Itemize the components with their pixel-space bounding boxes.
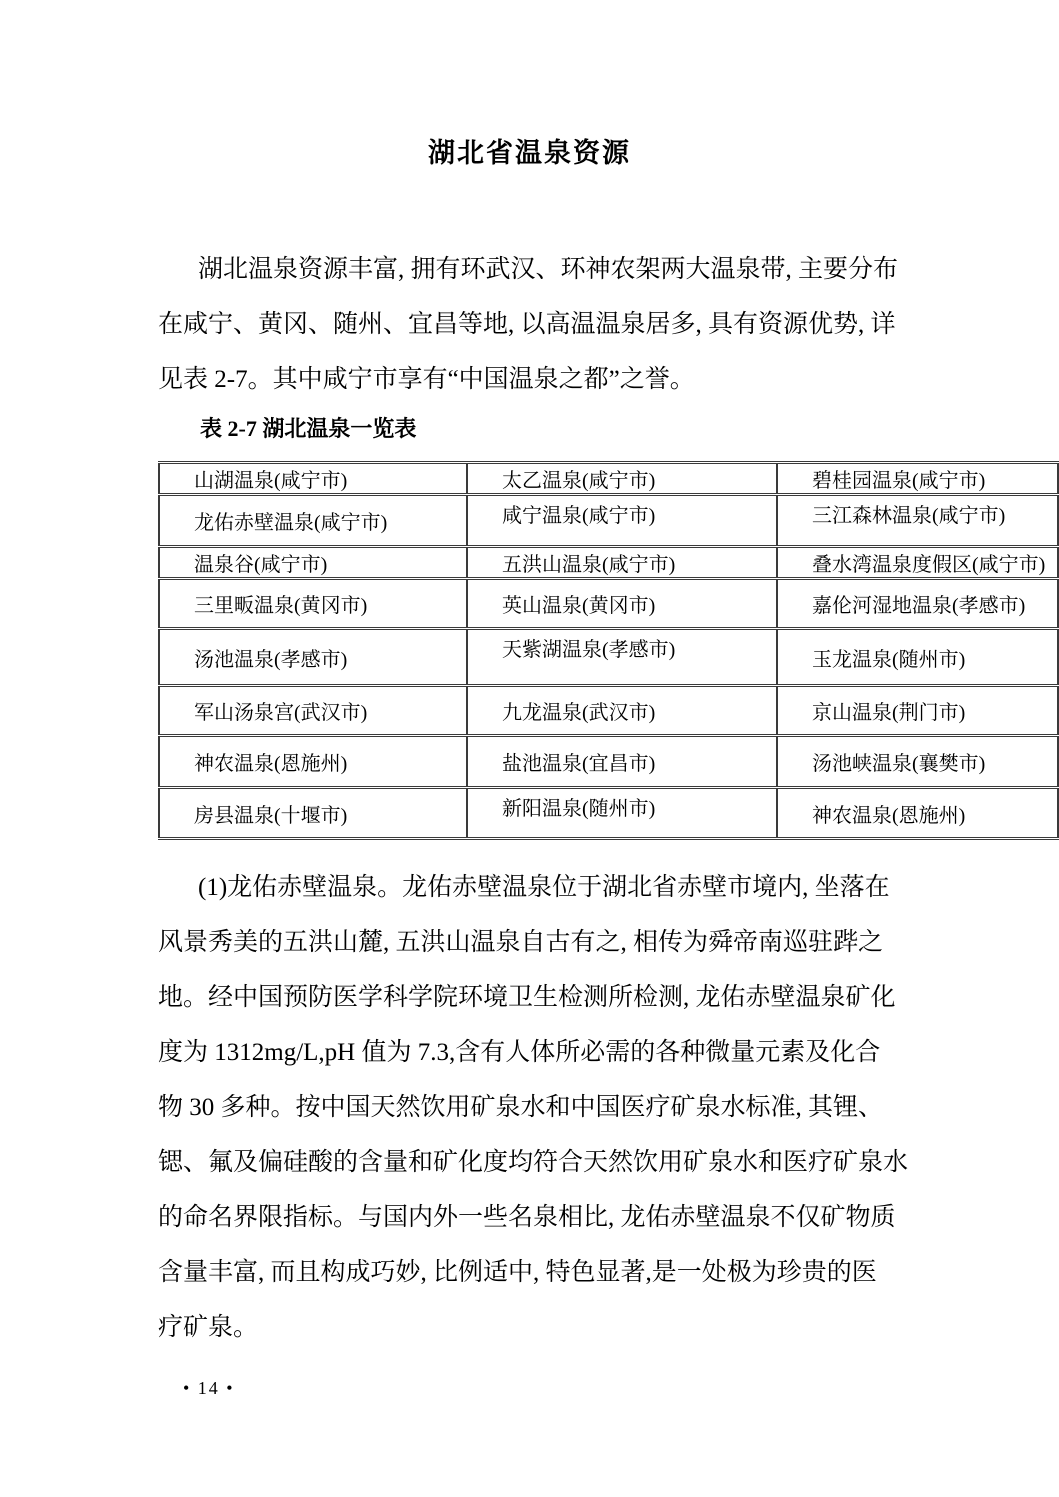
page-number: • 14 • (183, 1378, 235, 1399)
table-cell: 三里畈温泉(黄冈市) (159, 579, 467, 629)
table-row: 龙佑赤壁温泉(咸宁市) 咸宁温泉(咸宁市) 三江森林温泉(咸宁市) (159, 495, 1058, 547)
paragraph-line: 在咸宁、黄冈、随州、宜昌等地, 以高温温泉居多, 具有资源优势, 详 (158, 297, 938, 352)
page-title: 湖北省温泉资源 (0, 131, 1059, 170)
table-cell: 盐池温泉(宜昌市) (467, 736, 777, 788)
table-cell: 汤池温泉(孝感市) (159, 629, 467, 686)
paragraph-line: 含量丰富, 而且构成巧妙, 比例适中, 特色显著,是一处极为珍贵的医 (158, 1245, 938, 1300)
paragraph-line: 锶、氟及偏硅酸的含量和矿化度均符合天然饮用矿泉水和医疗矿泉水 (158, 1135, 938, 1190)
table-row: 温泉谷(咸宁市) 五洪山温泉(咸宁市) 叠水湾温泉度假区(咸宁市) (159, 547, 1058, 579)
paragraph-line: 的命名界限指标。与国内外一些名泉相比, 龙佑赤壁温泉不仅矿物质 (158, 1190, 938, 1245)
table-cell: 英山温泉(黄冈市) (467, 579, 777, 629)
table-cell: 咸宁温泉(咸宁市) (467, 495, 777, 547)
body-paragraph: (1)龙佑赤壁温泉。龙佑赤壁温泉位于湖北省赤壁市境内, 坐落在 风景秀美的五洪山… (158, 860, 938, 1355)
table-cell: 叠水湾温泉度假区(咸宁市) (777, 547, 1058, 579)
paragraph-line: 物 30 多种。按中国天然饮用矿泉水和中国医疗矿泉水标准, 其锂、 (158, 1080, 938, 1135)
table-cell: 温泉谷(咸宁市) (159, 547, 467, 579)
hot-springs-table: 山湖温泉(咸宁市) 太乙温泉(咸宁市) 碧桂园温泉(咸宁市) 龙佑赤壁温泉(咸宁… (158, 461, 1059, 840)
paragraph-line: 湖北温泉资源丰富, 拥有环武汉、环神农架两大温泉带, 主要分布 (158, 242, 938, 297)
table-cell: 太乙温泉(咸宁市) (467, 463, 777, 495)
table-cell: 玉龙温泉(随州市) (777, 629, 1058, 686)
table-cell: 嘉伦河湿地温泉(孝感市) (777, 579, 1058, 629)
table-cell: 碧桂园温泉(咸宁市) (777, 463, 1058, 495)
table-caption: 表 2-7 湖北温泉一览表 (200, 412, 416, 446)
paragraph-line: (1)龙佑赤壁温泉。龙佑赤壁温泉位于湖北省赤壁市境内, 坐落在 (158, 860, 938, 915)
intro-paragraph: 湖北温泉资源丰富, 拥有环武汉、环神农架两大温泉带, 主要分布 在咸宁、黄冈、随… (158, 242, 938, 407)
paragraph-line: 疗矿泉。 (158, 1300, 938, 1355)
paragraph-line: 风景秀美的五洪山麓, 五洪山温泉自古有之, 相传为舜帝南巡驻跸之 (158, 915, 938, 970)
table-cell: 山湖温泉(咸宁市) (159, 463, 467, 495)
table-row: 汤池温泉(孝感市) 天紫湖温泉(孝感市) 玉龙温泉(随州市) (159, 629, 1058, 686)
table-cell: 天紫湖温泉(孝感市) (467, 629, 777, 686)
table-cell: 神农温泉(恩施州) (777, 788, 1058, 839)
table-cell: 九龙温泉(武汉市) (467, 686, 777, 736)
document-page: 湖北省温泉资源 湖北温泉资源丰富, 拥有环武汉、环神农架两大温泉带, 主要分布 … (0, 0, 1059, 1497)
table-cell: 汤池峡温泉(襄樊市) (777, 736, 1058, 788)
paragraph-line: 度为 1312mg/L,pH 值为 7.3,含有人体所必需的各种微量元素及化合 (158, 1025, 938, 1080)
table-cell: 五洪山温泉(咸宁市) (467, 547, 777, 579)
table-cell: 新阳温泉(随州市) (467, 788, 777, 839)
table-cell: 龙佑赤壁温泉(咸宁市) (159, 495, 467, 547)
table-row: 军山汤泉宫(武汉市) 九龙温泉(武汉市) 京山温泉(荆门市) (159, 686, 1058, 736)
paragraph-line: 见表 2-7。其中咸宁市享有“中国温泉之都”之誉。 (158, 352, 938, 407)
table-row: 神农温泉(恩施州) 盐池温泉(宜昌市) 汤池峡温泉(襄樊市) (159, 736, 1058, 788)
table-row: 三里畈温泉(黄冈市) 英山温泉(黄冈市) 嘉伦河湿地温泉(孝感市) (159, 579, 1058, 629)
table-cell: 京山温泉(荆门市) (777, 686, 1058, 736)
table-cell: 房县温泉(十堰市) (159, 788, 467, 839)
table-row: 山湖温泉(咸宁市) 太乙温泉(咸宁市) 碧桂园温泉(咸宁市) (159, 463, 1058, 495)
table-row: 房县温泉(十堰市) 新阳温泉(随州市) 神农温泉(恩施州) (159, 788, 1058, 839)
table-cell: 神农温泉(恩施州) (159, 736, 467, 788)
table-cell: 三江森林温泉(咸宁市) (777, 495, 1058, 547)
paragraph-line: 地。经中国预防医学科学院环境卫生检测所检测, 龙佑赤壁温泉矿化 (158, 970, 938, 1025)
table-cell: 军山汤泉宫(武汉市) (159, 686, 467, 736)
